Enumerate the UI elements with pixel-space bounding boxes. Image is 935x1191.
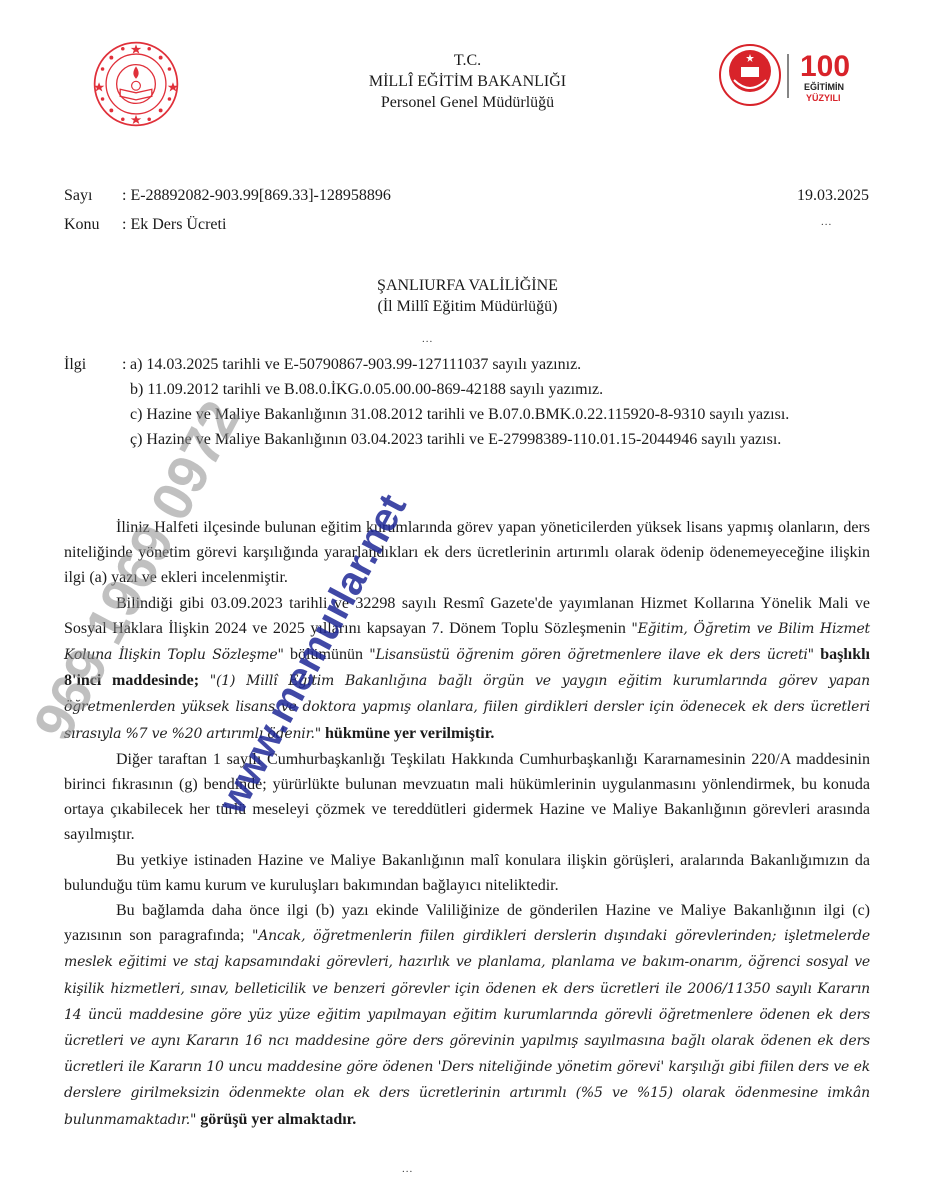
konu-row: Konu: Ek Ders Ücreti — [64, 216, 226, 234]
paragraph-1: İliniz Halfeti ilçesinde bulunan eğitim … — [64, 515, 870, 591]
recipient: ŞANLIURFA VALİLİĞİNE (İl Millî Eğitim Mü… — [300, 275, 635, 317]
ilgi-references: İlgi : a) 14.03.2025 tarihli ve E-507908… — [64, 352, 874, 452]
recipient-ellipsis: ... — [422, 333, 433, 345]
konu-label: Konu — [64, 216, 122, 234]
p5-quote: "Ancak, öğretmenlerin fiilen girdikleri … — [64, 928, 870, 1127]
ilgi-item: c) Hazine ve Maliye Bakanlığının 31.08.2… — [64, 402, 874, 427]
p5-text-bold: görüşü yer almaktadır. — [196, 1111, 356, 1128]
ilgi-item: b) 11.09.2012 tarihli ve B.08.0.İKG.0.05… — [64, 377, 874, 402]
paragraph-2: Bilindiği gibi 03.09.2023 tarihli ve 322… — [64, 591, 870, 747]
sayi-label: Sayı — [64, 187, 122, 205]
date-ellipsis: ... — [821, 216, 832, 228]
konu-value: : Ek Ders Ücreti — [122, 216, 226, 233]
letterhead-line-1: T.C. — [300, 50, 635, 71]
letterhead: T.C. MİLLÎ EĞİTİM BAKANLIĞI Personel Gen… — [300, 50, 635, 113]
badge-line2: YÜZYILI — [806, 93, 841, 103]
sayi-value: : E-28892082-903.99[869.33]-128958896 — [122, 187, 391, 204]
recipient-line-2: (İl Millî Eğitim Müdürlüğü) — [300, 296, 635, 317]
paragraph-5: Bu bağlamda daha önce ilgi (b) yazı ekin… — [64, 898, 870, 1133]
document-page: 100 EĞİTİMİN YÜZYILI T.C. MİLLÎ EĞİTİM B… — [0, 0, 935, 1191]
letterhead-line-3: Personel Genel Müdürlüğü — [300, 92, 635, 113]
document-date: 19.03.2025 — [797, 187, 869, 205]
recipient-line-1: ŞANLIURFA VALİLİĞİNE — [300, 275, 635, 296]
ilgi-item: a) 14.03.2025 tarihli ve E-50790867-903.… — [64, 352, 874, 377]
paragraph-4: Bu yetkiye istinaden Hazine ve Maliye Ba… — [64, 848, 870, 898]
p2-text-bold: hükmüne yer verilmiştir. — [321, 725, 494, 742]
badge-number: 100 — [800, 50, 850, 83]
p2-text: bölümünün — [284, 646, 370, 663]
p2-quote-2: "Lisansüstü öğrenim gören öğretmenlere i… — [369, 647, 814, 663]
sayi-row: Sayı: E-28892082-903.99[869.33]-12895889… — [64, 187, 391, 205]
badge-line1: EĞİTİMİN — [804, 81, 844, 92]
meb-seal-icon — [92, 40, 180, 128]
footer-ellipsis: ... — [402, 1163, 413, 1175]
aile-yili-100-logo-icon: 100 EĞİTİMİN YÜZYILI — [714, 40, 874, 110]
ilgi-item: ç) Hazine ve Maliye Bakanlığının 03.04.2… — [64, 427, 874, 452]
paragraph-3: Diğer taraftan 1 sayılı Cumhurbaşkanlığı… — [64, 747, 870, 848]
letterhead-line-2: MİLLÎ EĞİTİM BAKANLIĞI — [300, 71, 635, 92]
letter-body: İliniz Halfeti ilçesinde bulunan eğitim … — [64, 515, 870, 1133]
